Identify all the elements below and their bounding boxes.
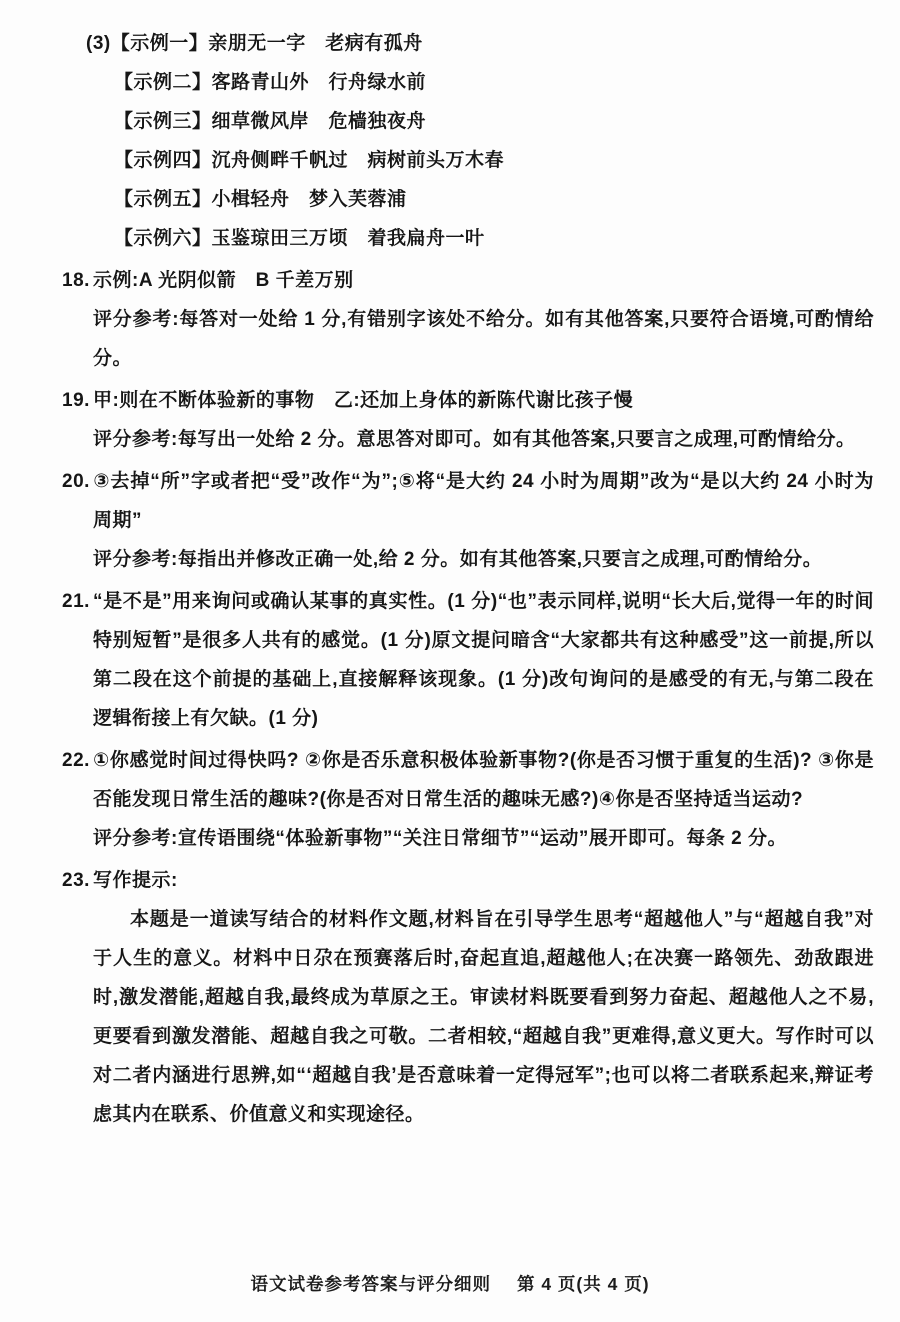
question-17-3-examples: (3)【示例一】亲朋无一字 老病有孤舟 【示例二】客路青山外 行舟绿水前 【示例…: [62, 24, 874, 258]
question-number: 22.: [62, 741, 93, 780]
question-19-answer-line: 19.甲:则在不断体验新的事物 乙:还加上身体的新陈代谢比孩子慢: [62, 381, 874, 420]
footer-page-number: 第 4 页(共 4 页): [517, 1274, 650, 1294]
example-text: 亲朋无一字 老病有孤舟: [208, 33, 423, 54]
question-22: 22.①你感觉时间过得快吗? ②你是否乐意积极体验新事物?(你是否习惯于重复的生…: [62, 741, 874, 858]
answer-text: ①你感觉时间过得快吗? ②你是否乐意积极体验新事物?(你是否习惯于重复的生活)?…: [93, 750, 874, 810]
question-23-heading-line: 23.写作提示:: [62, 861, 874, 900]
question-18-scoring-note: 评分参考:每答对一处给 1 分,有错别字该处不给分。如有其他答案,只要符合语境,…: [62, 300, 874, 378]
poem-example-line: 【示例三】细草微风岸 危樯独夜舟: [114, 102, 874, 141]
question-number: 21.: [62, 582, 93, 621]
sub-question-number: (3): [86, 33, 111, 54]
answer-text: 示例:A 光阴似箭 B 千差万别: [93, 270, 354, 291]
question-19: 19.甲:则在不断体验新的事物 乙:还加上身体的新陈代谢比孩子慢 评分参考:每写…: [62, 381, 874, 459]
example-text: 沉舟侧畔千帆过 病树前头万木春: [212, 150, 505, 171]
example-label: 【示例五】: [114, 189, 212, 210]
question-18-answer-line: 18.示例:A 光阴似箭 B 千差万别: [62, 261, 874, 300]
poem-example-line: 【示例六】玉鉴琼田三万顷 着我扁舟一叶: [114, 219, 874, 258]
example-text: 客路青山外 行舟绿水前: [212, 72, 427, 93]
question-22-answer-line: 22.①你感觉时间过得快吗? ②你是否乐意积极体验新事物?(你是否习惯于重复的生…: [62, 741, 874, 819]
page-footer: 语文试卷参考答案与评分细则第 4 页(共 4 页): [0, 1271, 900, 1296]
example-text: 玉鉴琼田三万顷 着我扁舟一叶: [212, 228, 485, 249]
example-text: 小楫轻舟 梦入芙蓉浦: [212, 189, 407, 210]
answer-text: ③去掉“所”字或者把“受”改作“为”;⑤将“是大约 24 小时为周期”改为“是以…: [93, 471, 874, 531]
writing-hint-heading: 写作提示:: [93, 870, 178, 891]
question-20-answer-line: 20.③去掉“所”字或者把“受”改作“为”;⑤将“是大约 24 小时为周期”改为…: [62, 462, 874, 540]
example-text: 细草微风岸 危樯独夜舟: [212, 111, 427, 132]
example-label: 【示例四】: [114, 150, 212, 171]
answer-key-content: (3)【示例一】亲朋无一字 老病有孤舟 【示例二】客路青山外 行舟绿水前 【示例…: [62, 24, 874, 1134]
example-label: 【示例六】: [114, 228, 212, 249]
question-22-scoring-note: 评分参考:宣传语围绕“体验新事物”“关注日常细节”“运动”展开即可。每条 2 分…: [62, 819, 874, 858]
example-label: 【示例三】: [114, 111, 212, 132]
question-20: 20.③去掉“所”字或者把“受”改作“为”;⑤将“是大约 24 小时为周期”改为…: [62, 462, 874, 579]
answer-text: 甲:则在不断体验新的事物 乙:还加上身体的新陈代谢比孩子慢: [93, 390, 633, 411]
question-number: 19.: [62, 381, 93, 420]
question-19-scoring-note: 评分参考:每写出一处给 2 分。意思答对即可。如有其他答案,只要言之成理,可酌情…: [62, 420, 874, 459]
poem-example-line: (3)【示例一】亲朋无一字 老病有孤舟: [86, 24, 874, 63]
answer-text: “是不是”用来询问或确认某事的真实性。(1 分)“也”表示同样,说明“长大后,觉…: [93, 591, 874, 729]
question-number: 23.: [62, 861, 93, 900]
question-number: 18.: [62, 261, 93, 300]
scanned-answer-key-page: (3)【示例一】亲朋无一字 老病有孤舟 【示例二】客路青山外 行舟绿水前 【示例…: [0, 0, 900, 1322]
question-20-scoring-note: 评分参考:每指出并修改正确一处,给 2 分。如有其他答案,只要言之成理,可酌情给…: [62, 540, 874, 579]
question-18: 18.示例:A 光阴似箭 B 千差万别 评分参考:每答对一处给 1 分,有错别字…: [62, 261, 874, 378]
question-21-answer-line: 21.“是不是”用来询问或确认某事的真实性。(1 分)“也”表示同样,说明“长大…: [62, 582, 874, 738]
poem-example-line: 【示例四】沉舟侧畔千帆过 病树前头万木春: [114, 141, 874, 180]
example-label: 【示例二】: [114, 72, 212, 93]
example-label: 【示例一】: [111, 33, 209, 54]
poem-example-line: 【示例二】客路青山外 行舟绿水前: [114, 63, 874, 102]
question-23: 23.写作提示: 本题是一道读写结合的材料作文题,材料旨在引导学生思考“超越他人…: [62, 861, 874, 1134]
question-number: 20.: [62, 462, 93, 501]
footer-document-title: 语文试卷参考答案与评分细则: [250, 1274, 491, 1294]
question-23-writing-hint-paragraph: 本题是一道读写结合的材料作文题,材料旨在引导学生思考“超越他人”与“超越自我”对…: [62, 900, 874, 1134]
question-21: 21.“是不是”用来询问或确认某事的真实性。(1 分)“也”表示同样,说明“长大…: [62, 582, 874, 738]
poem-example-line: 【示例五】小楫轻舟 梦入芙蓉浦: [114, 180, 874, 219]
